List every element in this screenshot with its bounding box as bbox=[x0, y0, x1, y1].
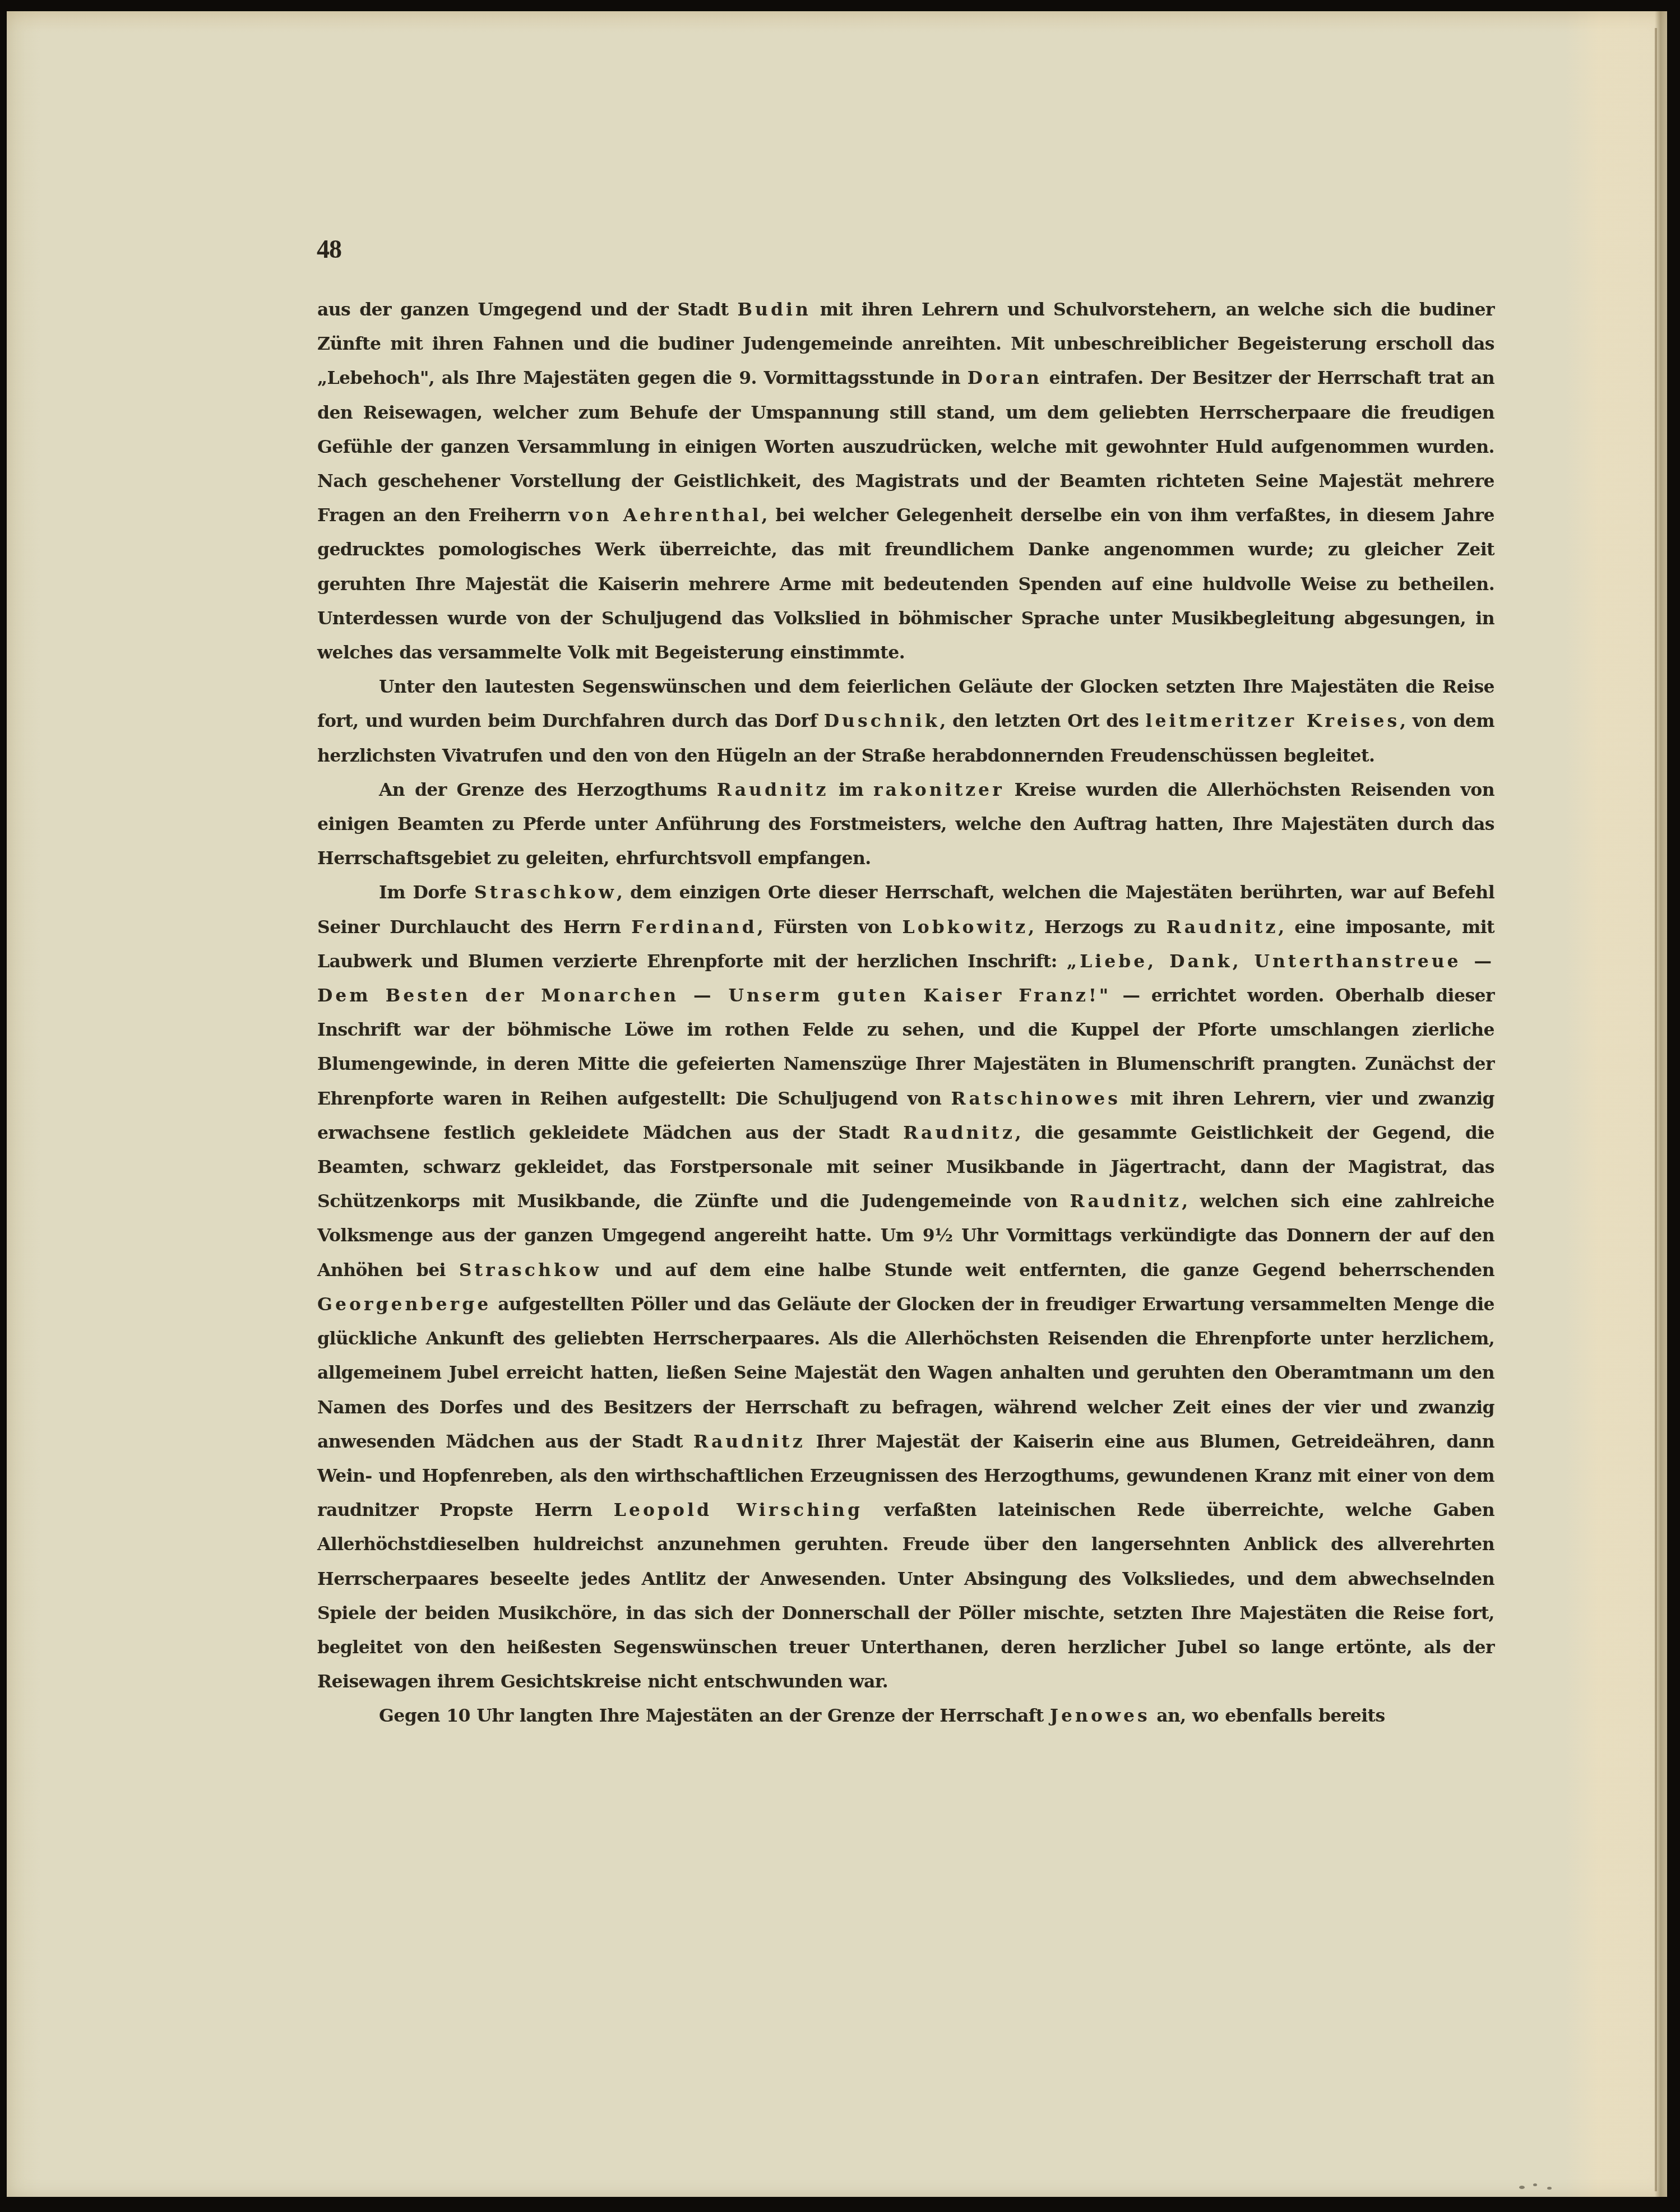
emphasized-name: Straschkow bbox=[474, 882, 617, 903]
text-run: Im Dorfe bbox=[379, 882, 474, 903]
emphasized-name: Georgenberge bbox=[317, 1294, 491, 1315]
text-run: eintrafen. Der Besitzer der Herrschaft t… bbox=[317, 368, 1494, 526]
paper-speck bbox=[1519, 2186, 1525, 2189]
text-run: aus der ganzen Umgegend und der Stadt bbox=[317, 299, 737, 320]
paper-speck bbox=[1533, 2183, 1537, 2186]
text-run: Gegen 10 Uhr langten Ihre Majestäten an … bbox=[379, 1705, 1050, 1726]
emphasized-name: Ferdinand bbox=[631, 917, 757, 938]
text-run: im bbox=[829, 780, 873, 800]
text-run: , Fürsten von bbox=[757, 917, 903, 938]
emphasized-name: rakonitzer bbox=[873, 780, 1005, 800]
text-run: aufgestellten Pöller und das Geläute der… bbox=[317, 1294, 1494, 1452]
emphasized-name: Raudnitz bbox=[1070, 1191, 1182, 1212]
body-text: aus der ganzen Umgegend und der Stadt Bu… bbox=[317, 293, 1494, 1733]
emphasized-name: Doran bbox=[968, 368, 1042, 388]
emphasized-name: von Aehrenthal bbox=[568, 505, 761, 526]
emphasized-name: Raudnitz bbox=[693, 1431, 806, 1452]
emphasized-name: Duschnik bbox=[824, 711, 940, 731]
paragraph-4: Im Dorfe Straschkow, dem einzigen Orte d… bbox=[317, 875, 1494, 1699]
paragraph-2: Unter den lautesten Segenswünschen und d… bbox=[317, 670, 1494, 773]
emphasized-name: Budin bbox=[737, 299, 811, 320]
text-run: , den letzten Ort des bbox=[940, 711, 1146, 731]
emphasized-name: Leopold Wirsching bbox=[614, 1500, 863, 1520]
text-run: , Herzogs zu bbox=[1028, 917, 1167, 938]
emphasized-name: Jenowes bbox=[1050, 1705, 1150, 1726]
page-number: 48 bbox=[317, 234, 341, 264]
emphasized-name: Raudnitz bbox=[1167, 917, 1279, 938]
text-run: an, wo ebenfalls bereits bbox=[1150, 1705, 1385, 1726]
paragraph-5: Gegen 10 Uhr langten Ihre Majestäten an … bbox=[317, 1699, 1494, 1733]
text-run: verfaßten lateinischen Rede überreichte,… bbox=[317, 1500, 1494, 1692]
text-run: An der Grenze des Herzogthums bbox=[379, 780, 717, 800]
emphasized-name: Ratschinowes bbox=[951, 1088, 1121, 1109]
emphasized-name: leitmeritzer Kreises bbox=[1145, 711, 1400, 731]
emphasized-name: Raudnitz bbox=[717, 780, 829, 800]
paragraph-1: aus der ganzen Umgegend und der Stadt Bu… bbox=[317, 293, 1494, 670]
emphasized-name: Lobkowitz bbox=[903, 917, 1029, 938]
text-run: und auf dem eine halbe Stunde weit entfe… bbox=[601, 1260, 1494, 1281]
emphasized-name: Raudnitz bbox=[903, 1123, 1015, 1143]
paragraph-3: An der Grenze des Herzogthums Raudnitz i… bbox=[317, 773, 1494, 876]
page-edge bbox=[1655, 28, 1657, 2191]
emphasized-name: Straschkow bbox=[459, 1260, 601, 1281]
paper-speck bbox=[1547, 2187, 1552, 2190]
text-run: , bei welcher Gelegenheit derselbe ein v… bbox=[317, 505, 1494, 663]
